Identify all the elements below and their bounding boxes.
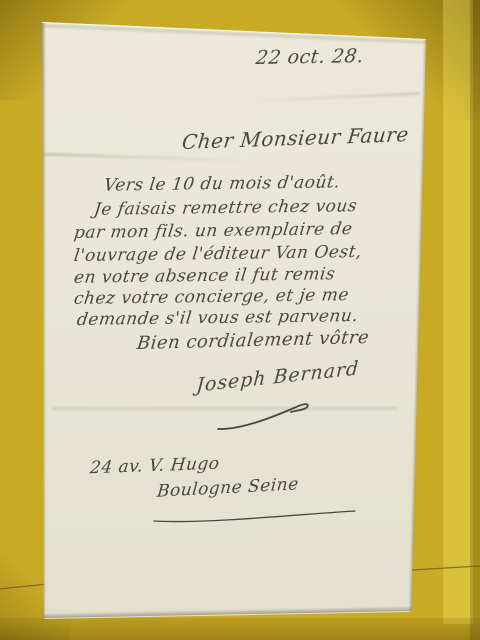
- signature-flourish-stroke: [216, 398, 316, 432]
- background-dark-strip-bottom: [0, 618, 480, 640]
- pencil-mark-right: [411, 564, 480, 574]
- paper-crease: [240, 92, 420, 103]
- letter-body-line: Je faisais remettre chez vous: [93, 196, 359, 220]
- letter-paper: 22 oct. 28. Cher Monsieur Faure Vers le …: [0, 0, 480, 640]
- paper-edge-right: [408, 39, 427, 617]
- background-light-band-right: [443, 0, 473, 624]
- paper-edge-left: [42, 22, 46, 620]
- background-dark-edge-right: [470, 0, 480, 640]
- letter-closing: Bien cordialement vôtre: [136, 327, 370, 354]
- letter-body-line: chez votre concierge, et je me: [73, 285, 350, 309]
- letter-signature: Joseph Bernard: [196, 357, 360, 396]
- paper-edge-bottom: [43, 606, 415, 618]
- letter-body-line: demande s'il vous est parvenu.: [76, 306, 360, 330]
- letter-address-line: 24 av. V. Hugo: [89, 454, 221, 479]
- address-underline-stroke: [152, 506, 357, 526]
- letter-address-line: Boulogne Seine: [156, 474, 299, 502]
- pencil-mark-left: [0, 582, 46, 592]
- letter-salutation: Cher Monsieur Faure: [181, 122, 410, 154]
- paper-crease: [42, 153, 252, 163]
- photo-background: 22 oct. 28. Cher Monsieur Faure Vers le …: [0, 0, 480, 640]
- letter-body-line: Vers le 10 du mois d'août.: [103, 172, 342, 195]
- letter-body-line: en votre absence il fut remis: [73, 264, 337, 288]
- letter-date: 22 oct. 28.: [255, 45, 365, 69]
- letter-body-line: par mon fils. un exemplaire de: [73, 219, 354, 243]
- letter-body-line: l'ouvrage de l'éditeur Van Oest,: [73, 242, 363, 266]
